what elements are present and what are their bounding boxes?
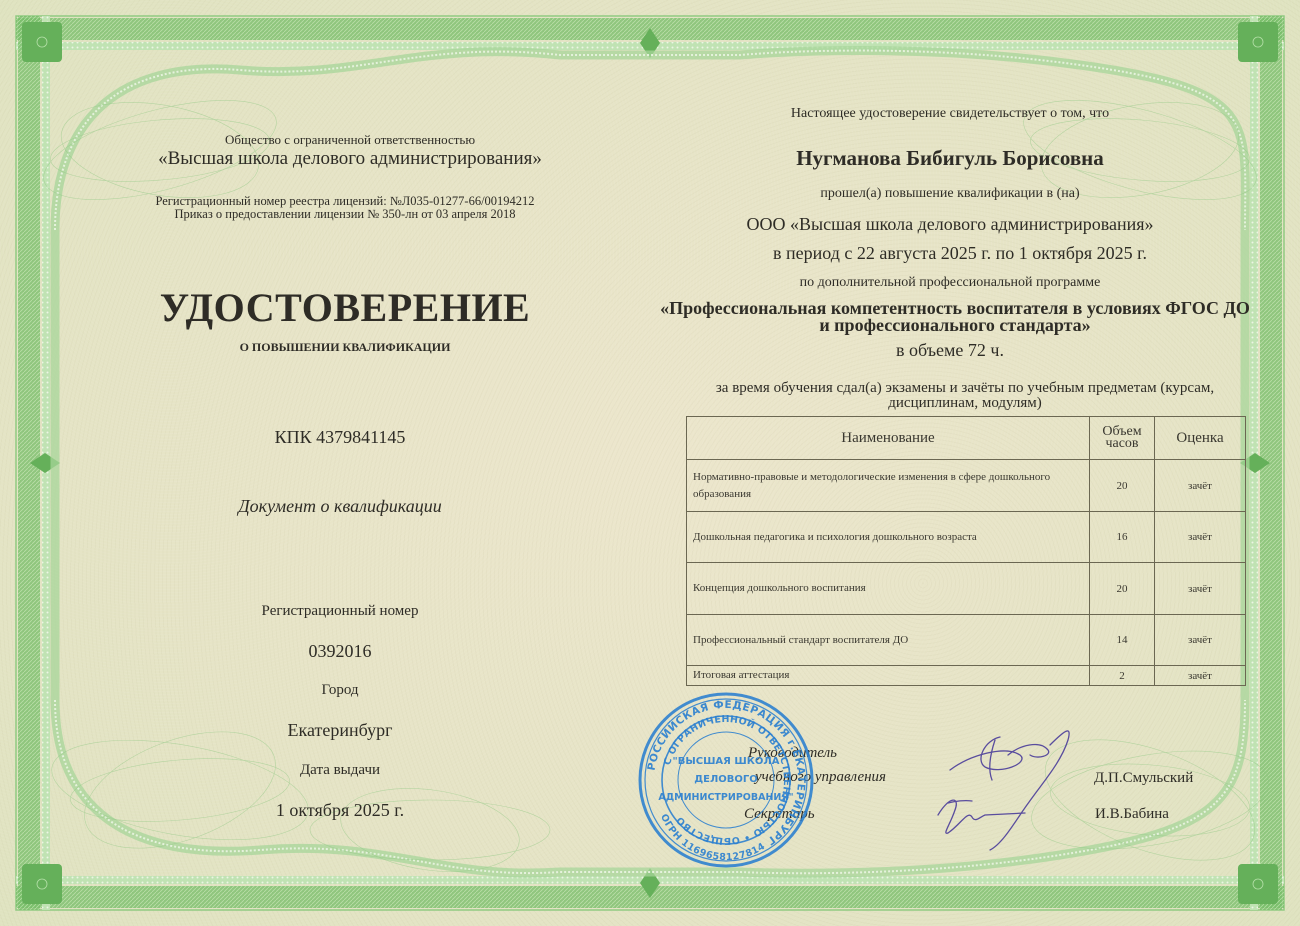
official-stamp: РОССИЙСКАЯ ФЕДЕРАЦИЯ г.ЕКАТЕРИНБУРГ С ОГ…: [636, 690, 816, 870]
org-type: Общество с ограниченной ответственностью: [150, 132, 550, 148]
table-row: Профессиональный стандарт воспитателя ДО…: [687, 615, 1246, 666]
subject-hours: 20: [1090, 460, 1155, 512]
subject-grade: зачёт: [1155, 512, 1246, 563]
passed-text: прошел(а) повышение квалификации в (на): [700, 186, 1200, 202]
table-row: Концепция дошкольного воспитания 20 зачё…: [687, 563, 1246, 615]
table-row: Итоговая аттестация 2 зачёт: [687, 666, 1246, 686]
training-period: в период с 22 августа 2025 г. по 1 октяб…: [680, 243, 1240, 264]
subject-name: Дошкольная педагогика и психология дошко…: [687, 512, 1090, 563]
signer2-name: И.В.Бабина: [1095, 806, 1169, 823]
table-header-row: Наименование Объем часов Оценка: [687, 417, 1246, 460]
program-name: «Профессиональная компетентность воспита…: [660, 300, 1250, 334]
registration-number: 0392016: [190, 641, 490, 662]
city-label: Город: [190, 682, 490, 699]
registration-label: Регистрационный номер: [190, 603, 490, 620]
organization-name: ООО «Высшая школа делового администриров…: [680, 214, 1220, 235]
column-header-grade: Оценка: [1155, 417, 1246, 460]
subjects-table: Наименование Объем часов Оценка Норматив…: [686, 416, 1246, 686]
program-label: по дополнительной профессиональной прогр…: [700, 275, 1200, 291]
subject-hours: 20: [1090, 563, 1155, 615]
subject-hours: 2: [1090, 666, 1155, 686]
hours-header-line2: часов: [1105, 436, 1138, 451]
column-header-hours: Объем часов: [1090, 417, 1155, 460]
subject-hours: 14: [1090, 615, 1155, 666]
document-subtitle: О ПОВЫШЕНИИ КВАЛИФИКАЦИИ: [120, 340, 570, 355]
subject-grade: зачёт: [1155, 563, 1246, 615]
document-title: УДОСТОВЕРЕНИЕ: [120, 284, 570, 331]
program-volume: в объеме 72 ч.: [700, 340, 1200, 361]
subject-name: Нормативно-правовые и методологические и…: [687, 460, 1090, 512]
subject-hours: 16: [1090, 512, 1155, 563]
license-order: Приказ о предоставлении лицензии № 350-л…: [120, 208, 570, 221]
subject-grade: зачёт: [1155, 666, 1246, 686]
stamp-center-line1: "ВЫСШАЯ ШКОЛА: [673, 756, 780, 767]
org-name: «Высшая школа делового администрирования…: [130, 148, 570, 170]
issue-date-label: Дата выдачи: [190, 762, 490, 779]
subject-grade: зачёт: [1155, 460, 1246, 512]
stamp-center-line3: АДМИНИСТРИРОВАНИЯ": [658, 792, 793, 803]
subject-name: Итоговая аттестация: [687, 666, 1090, 686]
document-kind: Документ о квалификации: [190, 496, 490, 517]
certificate-spread: Общество с ограниченной ответственностью…: [0, 0, 1300, 926]
table-row: Нормативно-правовые и методологические и…: [687, 460, 1246, 512]
stamp-center-line2: ДЕЛОВОГО: [694, 774, 758, 785]
issue-date: 1 октября 2025 г.: [190, 800, 490, 821]
subject-name: Концепция дошкольного воспитания: [687, 563, 1090, 615]
column-header-name: Наименование: [687, 417, 1090, 460]
subject-name: Профессиональный стандарт воспитателя ДО: [687, 615, 1090, 666]
subject-grade: зачёт: [1155, 615, 1246, 666]
exams-note: за время обучения сдал(а) экзамены и зач…: [690, 381, 1240, 411]
holder-name: Нугманова Бибигуль Борисовна: [700, 146, 1200, 171]
table-row: Дошкольная педагогика и психология дошко…: [687, 512, 1246, 563]
series-number: КПК 4379841145: [190, 427, 490, 448]
signer1-name: Д.П.Смульский: [1094, 770, 1193, 787]
handwritten-signatures: [930, 725, 1080, 855]
city-value: Екатеринбург: [190, 720, 490, 741]
certificate-intro: Настоящее удостоверение свидетельствует …: [700, 106, 1200, 122]
